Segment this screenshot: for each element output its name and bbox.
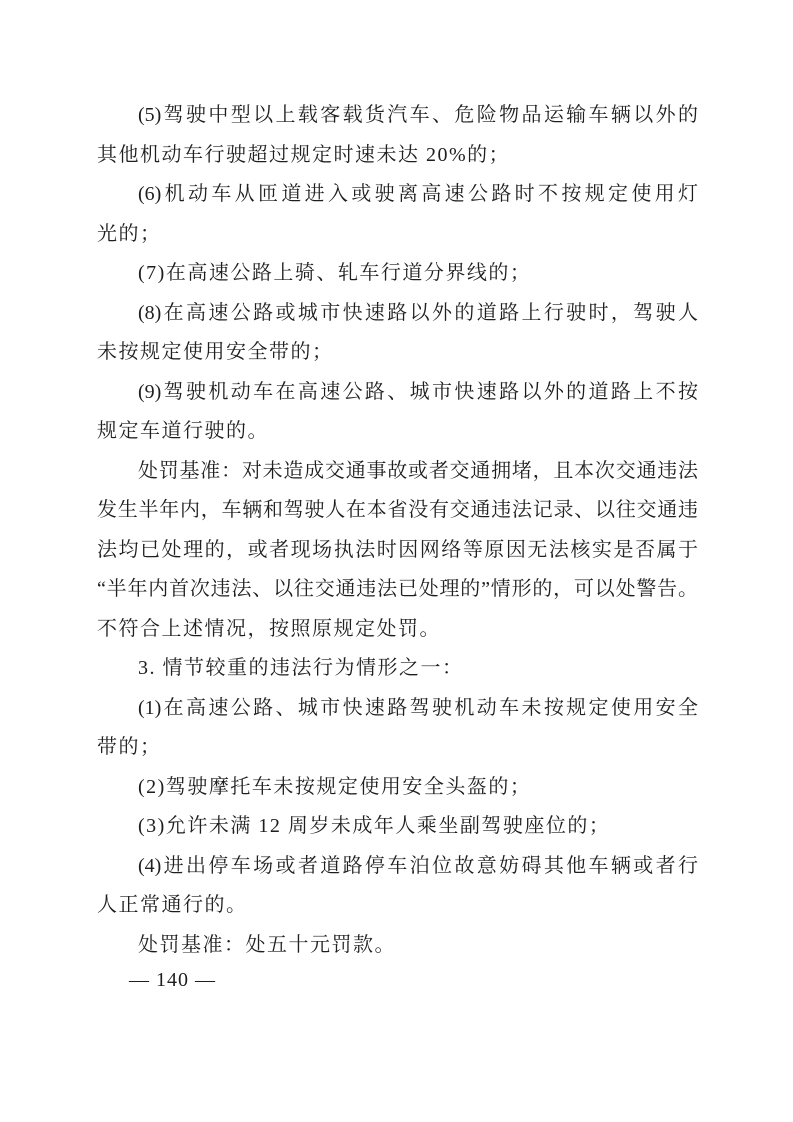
text-line: 处罚基准：对未造成交通事故或者交通拥堵，且本次交通违法 [97, 452, 698, 492]
text-line: 规定车道行驶的。 [97, 412, 698, 452]
text-line: (9)驾驶机动车在高速公路、城市快速路以外的道路上不按 [97, 373, 698, 413]
text-line: 发生半年内，车辆和驾驶人在本省没有交通违法记录、以往交通违 [97, 491, 698, 531]
text-line: 处罚基准：处五十元罚款。 [97, 926, 698, 966]
text-line: (4)进出停车场或者道路停车泊位故意妨碍其他车辆或者行 [97, 847, 698, 887]
page-number: — 140 — [129, 967, 216, 993]
document-page: (5)驾驶中型以上载客载货汽车、危险物品运输车辆以外的其他机动车行驶超过规定时速… [0, 0, 793, 1122]
text-line: (1)在高速公路、城市快速路驾驶机动车未按规定使用安全 [97, 689, 698, 729]
text-block: (5)驾驶中型以上载客载货汽车、危险物品运输车辆以外的其他机动车行驶超过规定时速… [97, 96, 698, 965]
text-line: 3. 情节较重的违法行为情形之一： [97, 649, 698, 689]
text-line: (7)在高速公路上骑、轧车行道分界线的； [97, 254, 698, 294]
text-line: 带的； [97, 728, 698, 768]
text-line: 未按规定使用安全带的； [97, 333, 698, 373]
text-line: 其他机动车行驶超过规定时速未达 20%的； [97, 136, 698, 176]
text-line: 光的； [97, 215, 698, 255]
text-line: (2)驾驶摩托车未按规定使用安全头盔的； [97, 768, 698, 808]
text-line: 人正常通行的。 [97, 886, 698, 926]
text-line: 不符合上述情况，按照原规定处罚。 [97, 610, 698, 650]
text-line: 法均已处理的，或者现场执法时因网络等原因无法核实是否属于 [97, 531, 698, 571]
text-line: (6)机动车从匝道进入或驶离高速公路时不按规定使用灯 [97, 175, 698, 215]
text-line: (3)允许未满 12 周岁未成年人乘坐副驾驶座位的； [97, 807, 698, 847]
text-line: “半年内首次违法、以往交通违法已处理的”情形的，可以处警告。 [97, 570, 698, 610]
text-line: (5)驾驶中型以上载客载货汽车、危险物品运输车辆以外的 [97, 96, 698, 136]
text-line: (8)在高速公路或城市快速路以外的道路上行驶时，驾驶人 [97, 294, 698, 334]
